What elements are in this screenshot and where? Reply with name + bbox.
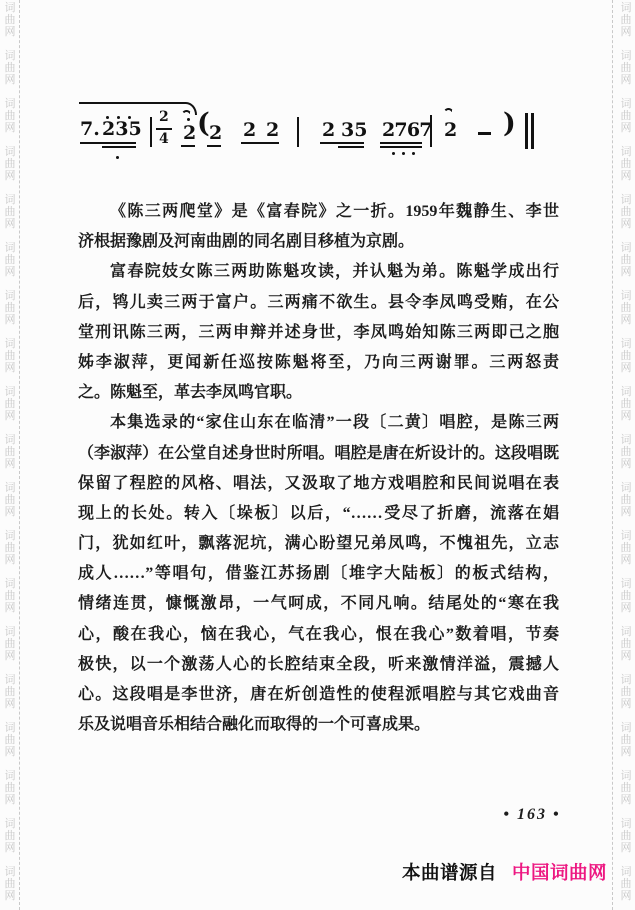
- note-7-dotted: 7.: [80, 120, 100, 139]
- text-line: 之。陈魁至，革去李凤鸣官职。: [78, 378, 559, 408]
- note-2: 2: [444, 121, 457, 140]
- barline: [150, 117, 152, 147]
- close-paren: ): [503, 110, 516, 137]
- barline: [297, 117, 299, 147]
- note-2: 2: [322, 121, 335, 140]
- octave-dot-low: [412, 152, 415, 155]
- beam-secondary: [380, 146, 422, 148]
- text-line: 极快，以一个激荡人心的长腔结束全段，听来激情洋溢，震撼人: [78, 650, 559, 680]
- text-line: 心。这段唱是李世济，唐在炘创造性的使程派唱腔与其它戏曲音: [78, 680, 559, 710]
- note-2: 2: [266, 121, 279, 140]
- text-line: 富春院妓女陈三两助陈魁攻读，并认魁为弟。陈魁学成出行: [78, 257, 559, 287]
- hat-mark: [181, 110, 192, 116]
- octave-dot-low: [392, 152, 395, 155]
- text-line: 心，酸在我心，恼在我心，气在我心，恨在我心”数着唱，节奏: [78, 620, 559, 650]
- beam-primary: [241, 142, 279, 144]
- meter-line: [156, 128, 172, 130]
- text-line: 姊李淑萍，更闻新任巡按陈魁将至，乃向三两谢罪。三两怒责: [78, 348, 559, 378]
- beam-primary: [80, 142, 136, 144]
- text-line: 后，鸨儿卖三两于富户。三两痛不欲生。县令李凤鸣受贿，在公: [78, 288, 559, 318]
- dash-extension: [478, 132, 491, 135]
- note-2: 2: [183, 124, 196, 143]
- beam-primary: [380, 142, 422, 144]
- beam-primary: [207, 145, 221, 147]
- text-line: 本集选录的“家住山东在临清”一段〔二黄〕唱腔，是陈三两: [78, 408, 559, 438]
- scanned-book-page: 词曲网词曲网词曲网词曲网词曲网词曲网词曲网词曲网词曲网词曲网词曲网词曲网词曲网词…: [0, 0, 635, 910]
- text-line: （李淑萍）在公堂自述身世时所唱。唱腔是唐在炘设计的。这段唱既: [78, 439, 559, 469]
- octave-dot-high: [128, 116, 131, 119]
- note-35: 35: [341, 121, 367, 140]
- hat-mark: [443, 108, 454, 114]
- text-line: 《陈三两爬堂》是《富春院》之一折。1959年魏静生、李世: [78, 197, 559, 227]
- octave-dot-low: [402, 152, 405, 155]
- text-line: 乐及说唱音乐相结合融化而取得的一个可喜成果。: [78, 710, 559, 740]
- octave-dot-high: [106, 116, 109, 119]
- text-line: 成人……”等唱句，借鉴江苏扬剧〔堆字大陆板〕的板式结构，: [78, 559, 559, 589]
- footer-brand-name: 中国词曲网: [512, 859, 607, 885]
- text-line: 济根据豫剧及河南曲剧的同名剧目移植为京剧。: [78, 227, 559, 257]
- octave-dot-high: [187, 118, 190, 121]
- text-line: 保留了程腔的风格、唱法，又汲取了地方戏唱腔和民间说唱在表: [78, 469, 559, 499]
- open-paren: (: [197, 110, 210, 137]
- text-line: 现上的长处。转入〔垛板〕以后，“……受尽了折磨，流落在娼: [78, 499, 559, 529]
- note-235: 235: [102, 120, 142, 139]
- meter-denominator: 4: [159, 132, 169, 146]
- beam-primary: [181, 145, 195, 147]
- beam-secondary: [338, 146, 364, 148]
- note-2: 2: [209, 124, 222, 143]
- beam-primary: [320, 142, 364, 144]
- barline: [430, 115, 432, 147]
- text-line: 堂刑讯陈三两，三两申辩并述身世，李凤鸣始知陈三两即己之胞: [78, 318, 559, 348]
- page-number: • 163 •: [501, 806, 563, 824]
- end-barline: [525, 113, 528, 149]
- note-2767: 2767: [382, 121, 432, 140]
- slur-line: [79, 102, 197, 115]
- octave-dot-high: [117, 116, 120, 119]
- beam-secondary: [102, 146, 136, 148]
- note-2: 2: [243, 121, 256, 140]
- end-barline: [531, 113, 534, 149]
- meter-numerator: 2: [159, 110, 169, 124]
- footer-source-label: 本曲谱源自: [402, 859, 497, 885]
- text-line: 门，犹如红叶，飘落泥坑，满心盼望兄弟凤鸣，不愧祖先，立志: [78, 529, 559, 559]
- text-line: 情绪连贯，慷慨激昂，一气呵成，不同凡响。结尾处的“寒在我: [78, 589, 559, 619]
- text-block: 《陈三两爬堂》是《富春院》之一折。1959年魏静生、李世济根据豫剧及河南曲剧的同…: [78, 197, 559, 740]
- ink-speck: [116, 156, 119, 159]
